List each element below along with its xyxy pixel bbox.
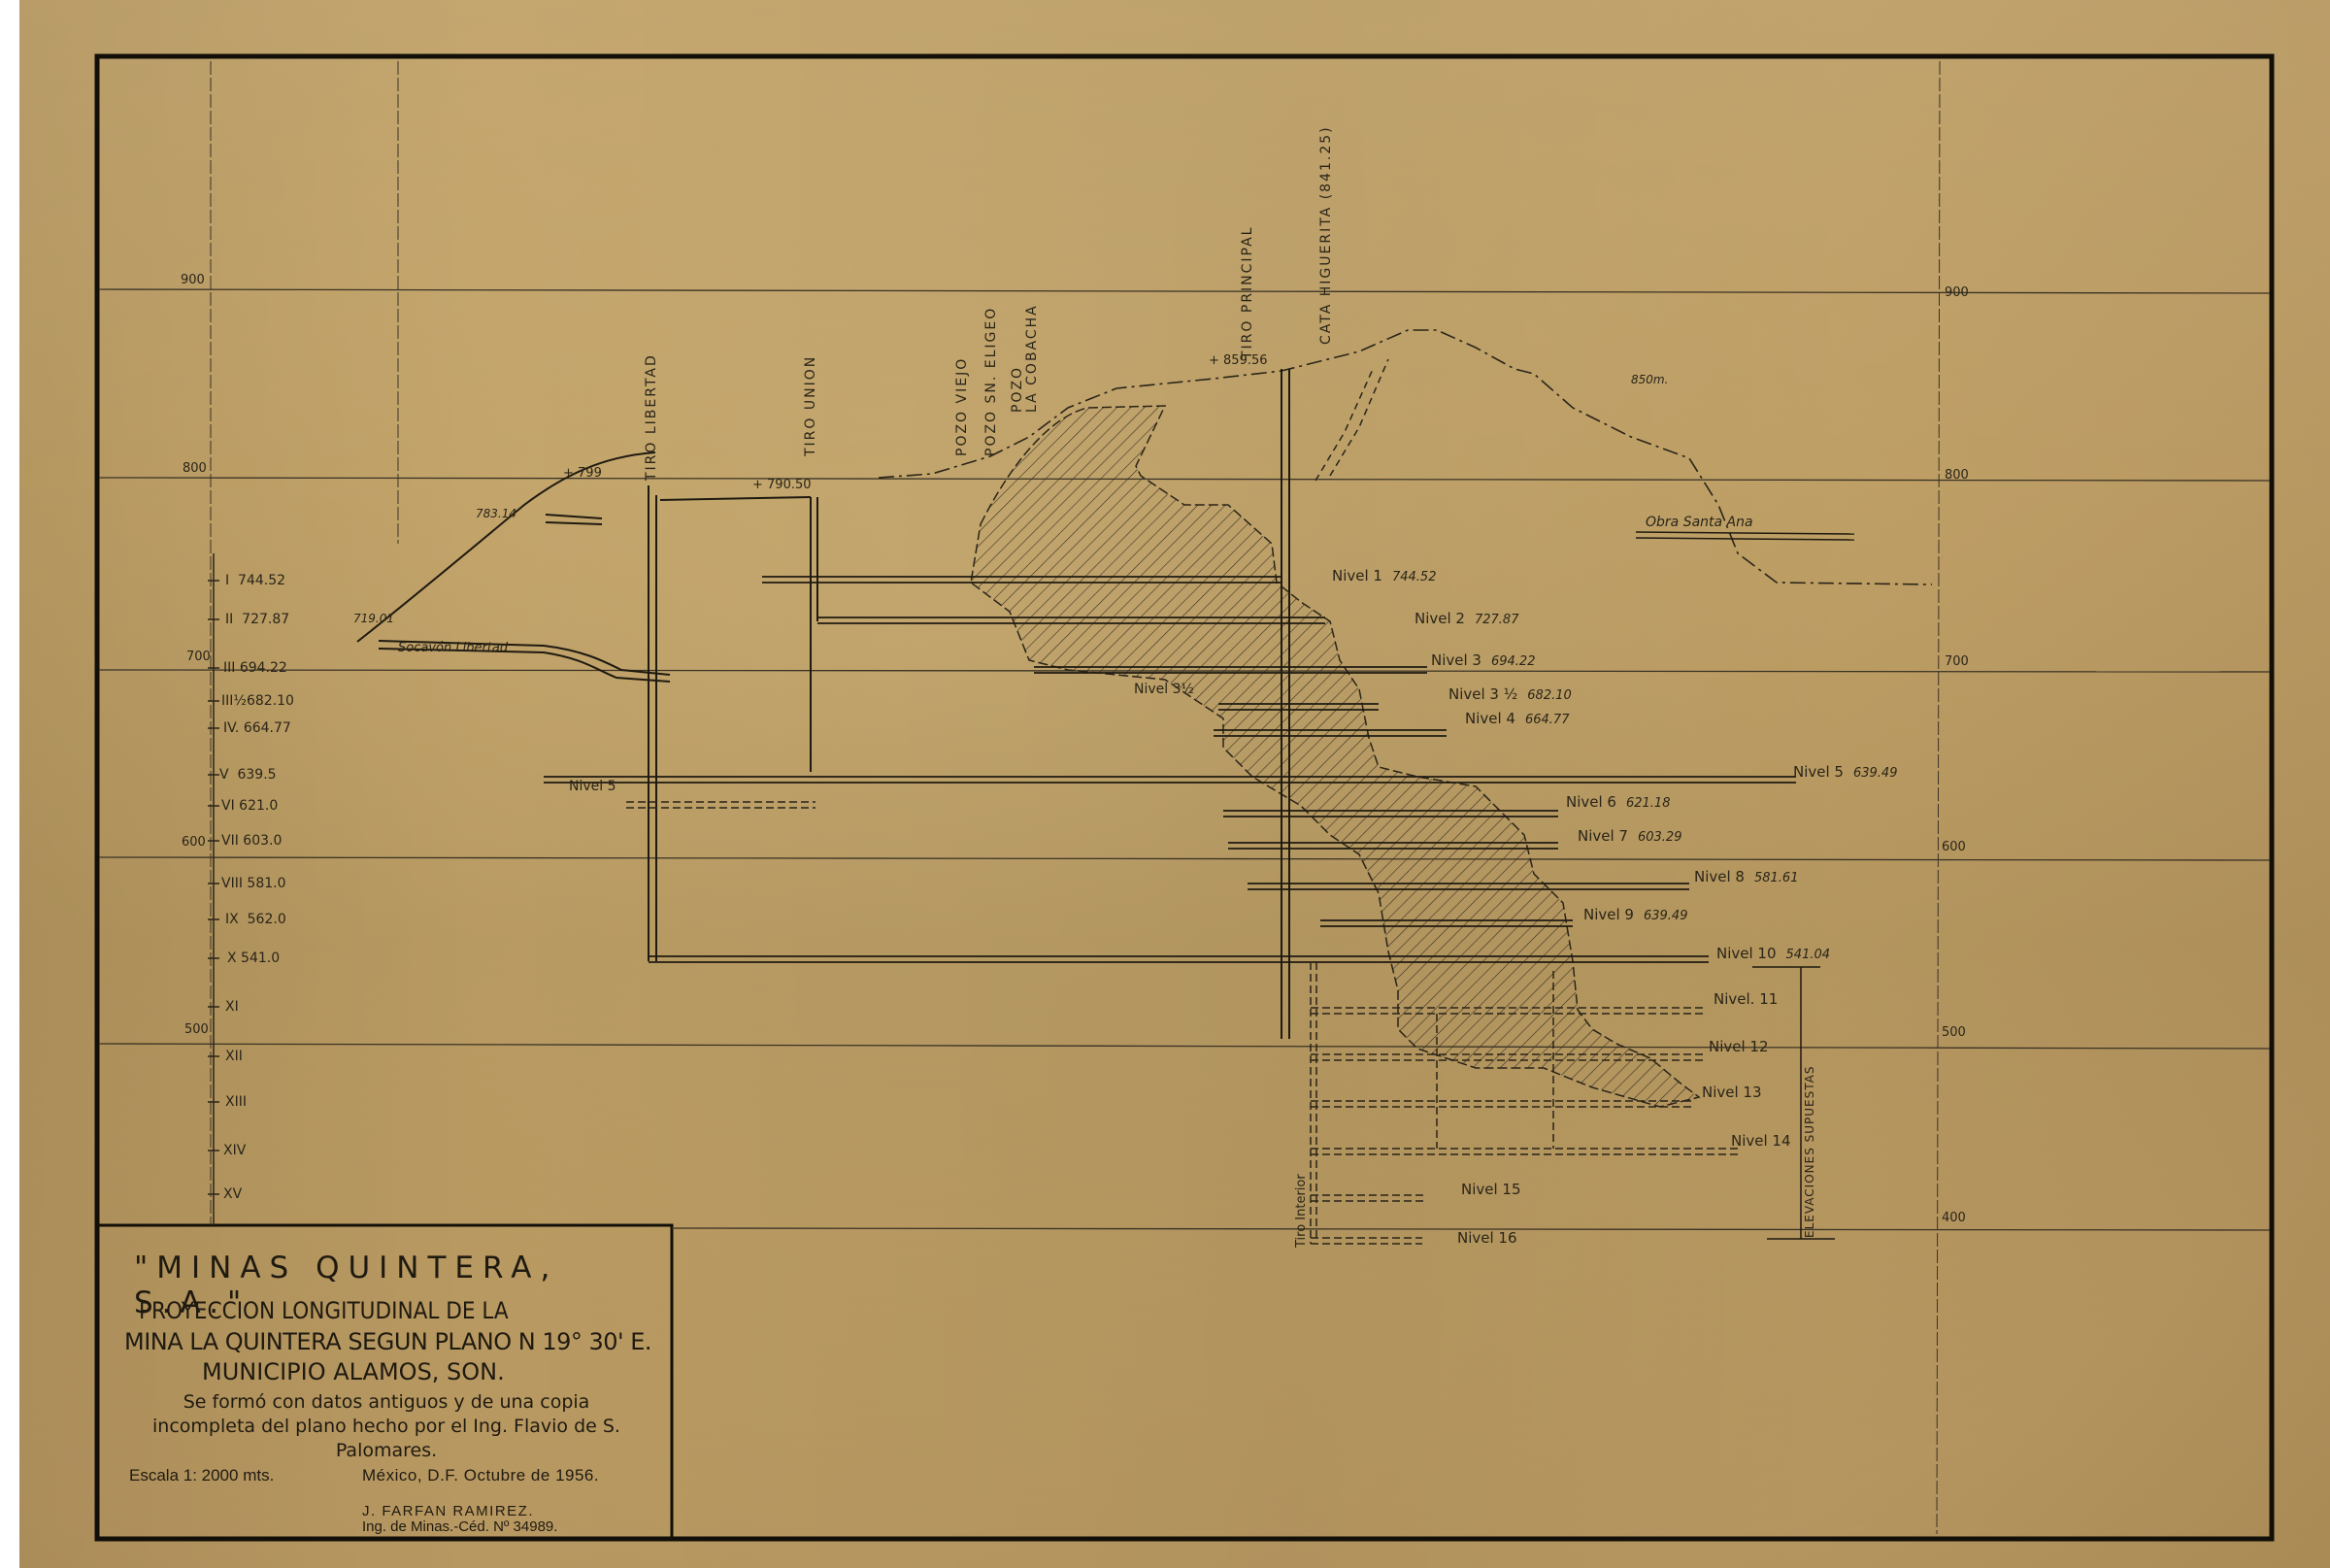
label-tiro-interior: Tiro Interior — [1294, 1174, 1309, 1248]
elev-scale-XIV: XIV — [223, 1143, 246, 1158]
label-pozo-cobacha-1: POZO — [1010, 366, 1025, 413]
level-label-5: Nivel 5639.49 — [1793, 763, 1897, 781]
level-label-11: Nivel. 11 — [1714, 990, 1778, 1008]
elev-scale-IV: IV. 664.77 — [223, 720, 291, 736]
label-socavon-libertad: Socavón Libertad — [398, 641, 508, 655]
label-pozo-sn-eligeo: POZO SN. ELIGEO — [983, 307, 999, 456]
grid-label-left-700: 700 — [186, 650, 211, 664]
elev-scale-XV: XV — [223, 1186, 242, 1202]
level-label-13: Nivel 13 — [1702, 1084, 1762, 1101]
level-label-12: Nivel 12 — [1709, 1038, 1769, 1055]
title-block: "MINAS QUINTERA, S.A." PROYECCION LONGIT… — [95, 1227, 670, 1534]
elev-scale-XIII: XIII — [225, 1094, 247, 1110]
elev-scale-III-half: III½682.10 — [221, 693, 294, 709]
label-pozo-cobacha-2: LA COBACHA — [1024, 304, 1040, 413]
level-label-16: Nivel 16 — [1457, 1229, 1517, 1247]
level-label-8: Nivel 8581.61 — [1694, 868, 1798, 885]
grid-label-left-800: 800 — [183, 461, 207, 476]
elev-scale-VI: VI 621.0 — [221, 798, 278, 814]
grid-label-right-800: 800 — [1945, 468, 1969, 483]
orebody-hatched-area — [971, 406, 1699, 1107]
level-label-3-half: Nivel 3 ½682.10 — [1448, 685, 1572, 703]
elev-scale-XII: XII — [225, 1049, 243, 1064]
spot-elev-union: + 790.50 — [752, 478, 812, 492]
title-line-2: MINA LA QUINTERA SEGUN PLANO N 19° 30' E… — [124, 1328, 651, 1355]
grid-label-left-600: 600 — [182, 835, 206, 850]
spot-elev-libertad: + 799 — [563, 466, 602, 481]
level-label-9: Nivel 9639.49 — [1583, 906, 1687, 923]
title-line-1: PROYECCION LONGITUDINAL DE LA — [139, 1297, 509, 1324]
grid-label-left-900: 900 — [181, 273, 205, 287]
title-note: Se formó con datos antiguos y de una cop… — [134, 1390, 639, 1463]
spot-elev-850: 850m. — [1631, 373, 1668, 386]
engineer-title: Ing. de Minas.-Céd. Nº 34989. — [362, 1518, 557, 1535]
elev-scale-II: II 727.87 — [225, 612, 289, 627]
grid-label-right-600: 600 — [1942, 840, 1966, 854]
spot-elev-719: 719.01 — [353, 612, 394, 625]
level-label-1: Nivel 1744.52 — [1332, 567, 1436, 584]
level-label-15: Nivel 15 — [1461, 1181, 1521, 1198]
grid-label-right-900: 900 — [1945, 285, 1969, 300]
elev-scale-V: V 639.5 — [219, 767, 277, 783]
label-nivel5-left: Nivel 5 — [569, 779, 616, 794]
surface-profile-left — [357, 452, 655, 642]
grid-label-right-500: 500 — [1942, 1025, 1966, 1040]
elev-scale-XI: XI — [225, 999, 239, 1015]
grid-label-right-400: 400 — [1942, 1211, 1966, 1225]
level-label-7: Nivel 7603.29 — [1578, 827, 1681, 845]
scale-text: Escala 1: 2000 mts. — [129, 1466, 274, 1485]
elev-scale-I: I 744.52 — [225, 573, 285, 588]
label-obra-santa-ana: Obra Santa Ana — [1646, 515, 1753, 530]
label-elevaciones-supuestas: ELEVACIONES SUPUESTAS — [1803, 1066, 1816, 1239]
engineer-name: J. FARFAN RAMIREZ. — [362, 1505, 534, 1518]
title-line-3: MUNICIPIO ALAMOS, SON. — [202, 1358, 505, 1385]
spot-elev-783: 783.14 — [476, 507, 516, 520]
elev-scale-VII: VII 603.0 — [221, 833, 282, 849]
elev-scale-IX: IX 562.0 — [225, 912, 286, 927]
level-label-14: Nivel 14 — [1731, 1132, 1791, 1150]
level-label-3: Nivel 3694.22 — [1431, 651, 1535, 669]
level-label-10: Nivel 10541.04 — [1716, 945, 1830, 962]
level-label-6: Nivel 6621.18 — [1566, 793, 1670, 811]
label-cata-higuerita: CATA HIGUERITA (841.25) — [1318, 125, 1334, 345]
label-tiro-principal: TIRO PRINCIPAL — [1240, 226, 1255, 359]
label-pozo-viejo: POZO VIEJO — [954, 357, 970, 456]
assumed-elevations-bracket — [1752, 967, 1835, 1239]
level-label-4: Nivel 4664.77 — [1465, 710, 1569, 727]
grid-label-left-500: 500 — [184, 1022, 209, 1037]
label-tiro-libertad: TIRO LIBERTAD — [644, 353, 659, 481]
label-nivel3half-left: Nivel 3½ — [1134, 682, 1194, 697]
elevation-gridlines — [99, 289, 2270, 1230]
spot-elev-principal: + 859.56 — [1209, 353, 1268, 368]
elev-scale-VIII: VIII 581.0 — [221, 876, 286, 891]
label-tiro-union: TIRO UNION — [803, 355, 818, 456]
elev-scale-III: III 694.22 — [223, 660, 287, 676]
grid-label-right-700: 700 — [1945, 654, 1969, 669]
elev-scale-X: X 541.0 — [227, 951, 280, 966]
level-label-2: Nivel 2727.87 — [1415, 610, 1518, 627]
place-date: México, D.F. Octubre de 1956. — [362, 1466, 599, 1485]
